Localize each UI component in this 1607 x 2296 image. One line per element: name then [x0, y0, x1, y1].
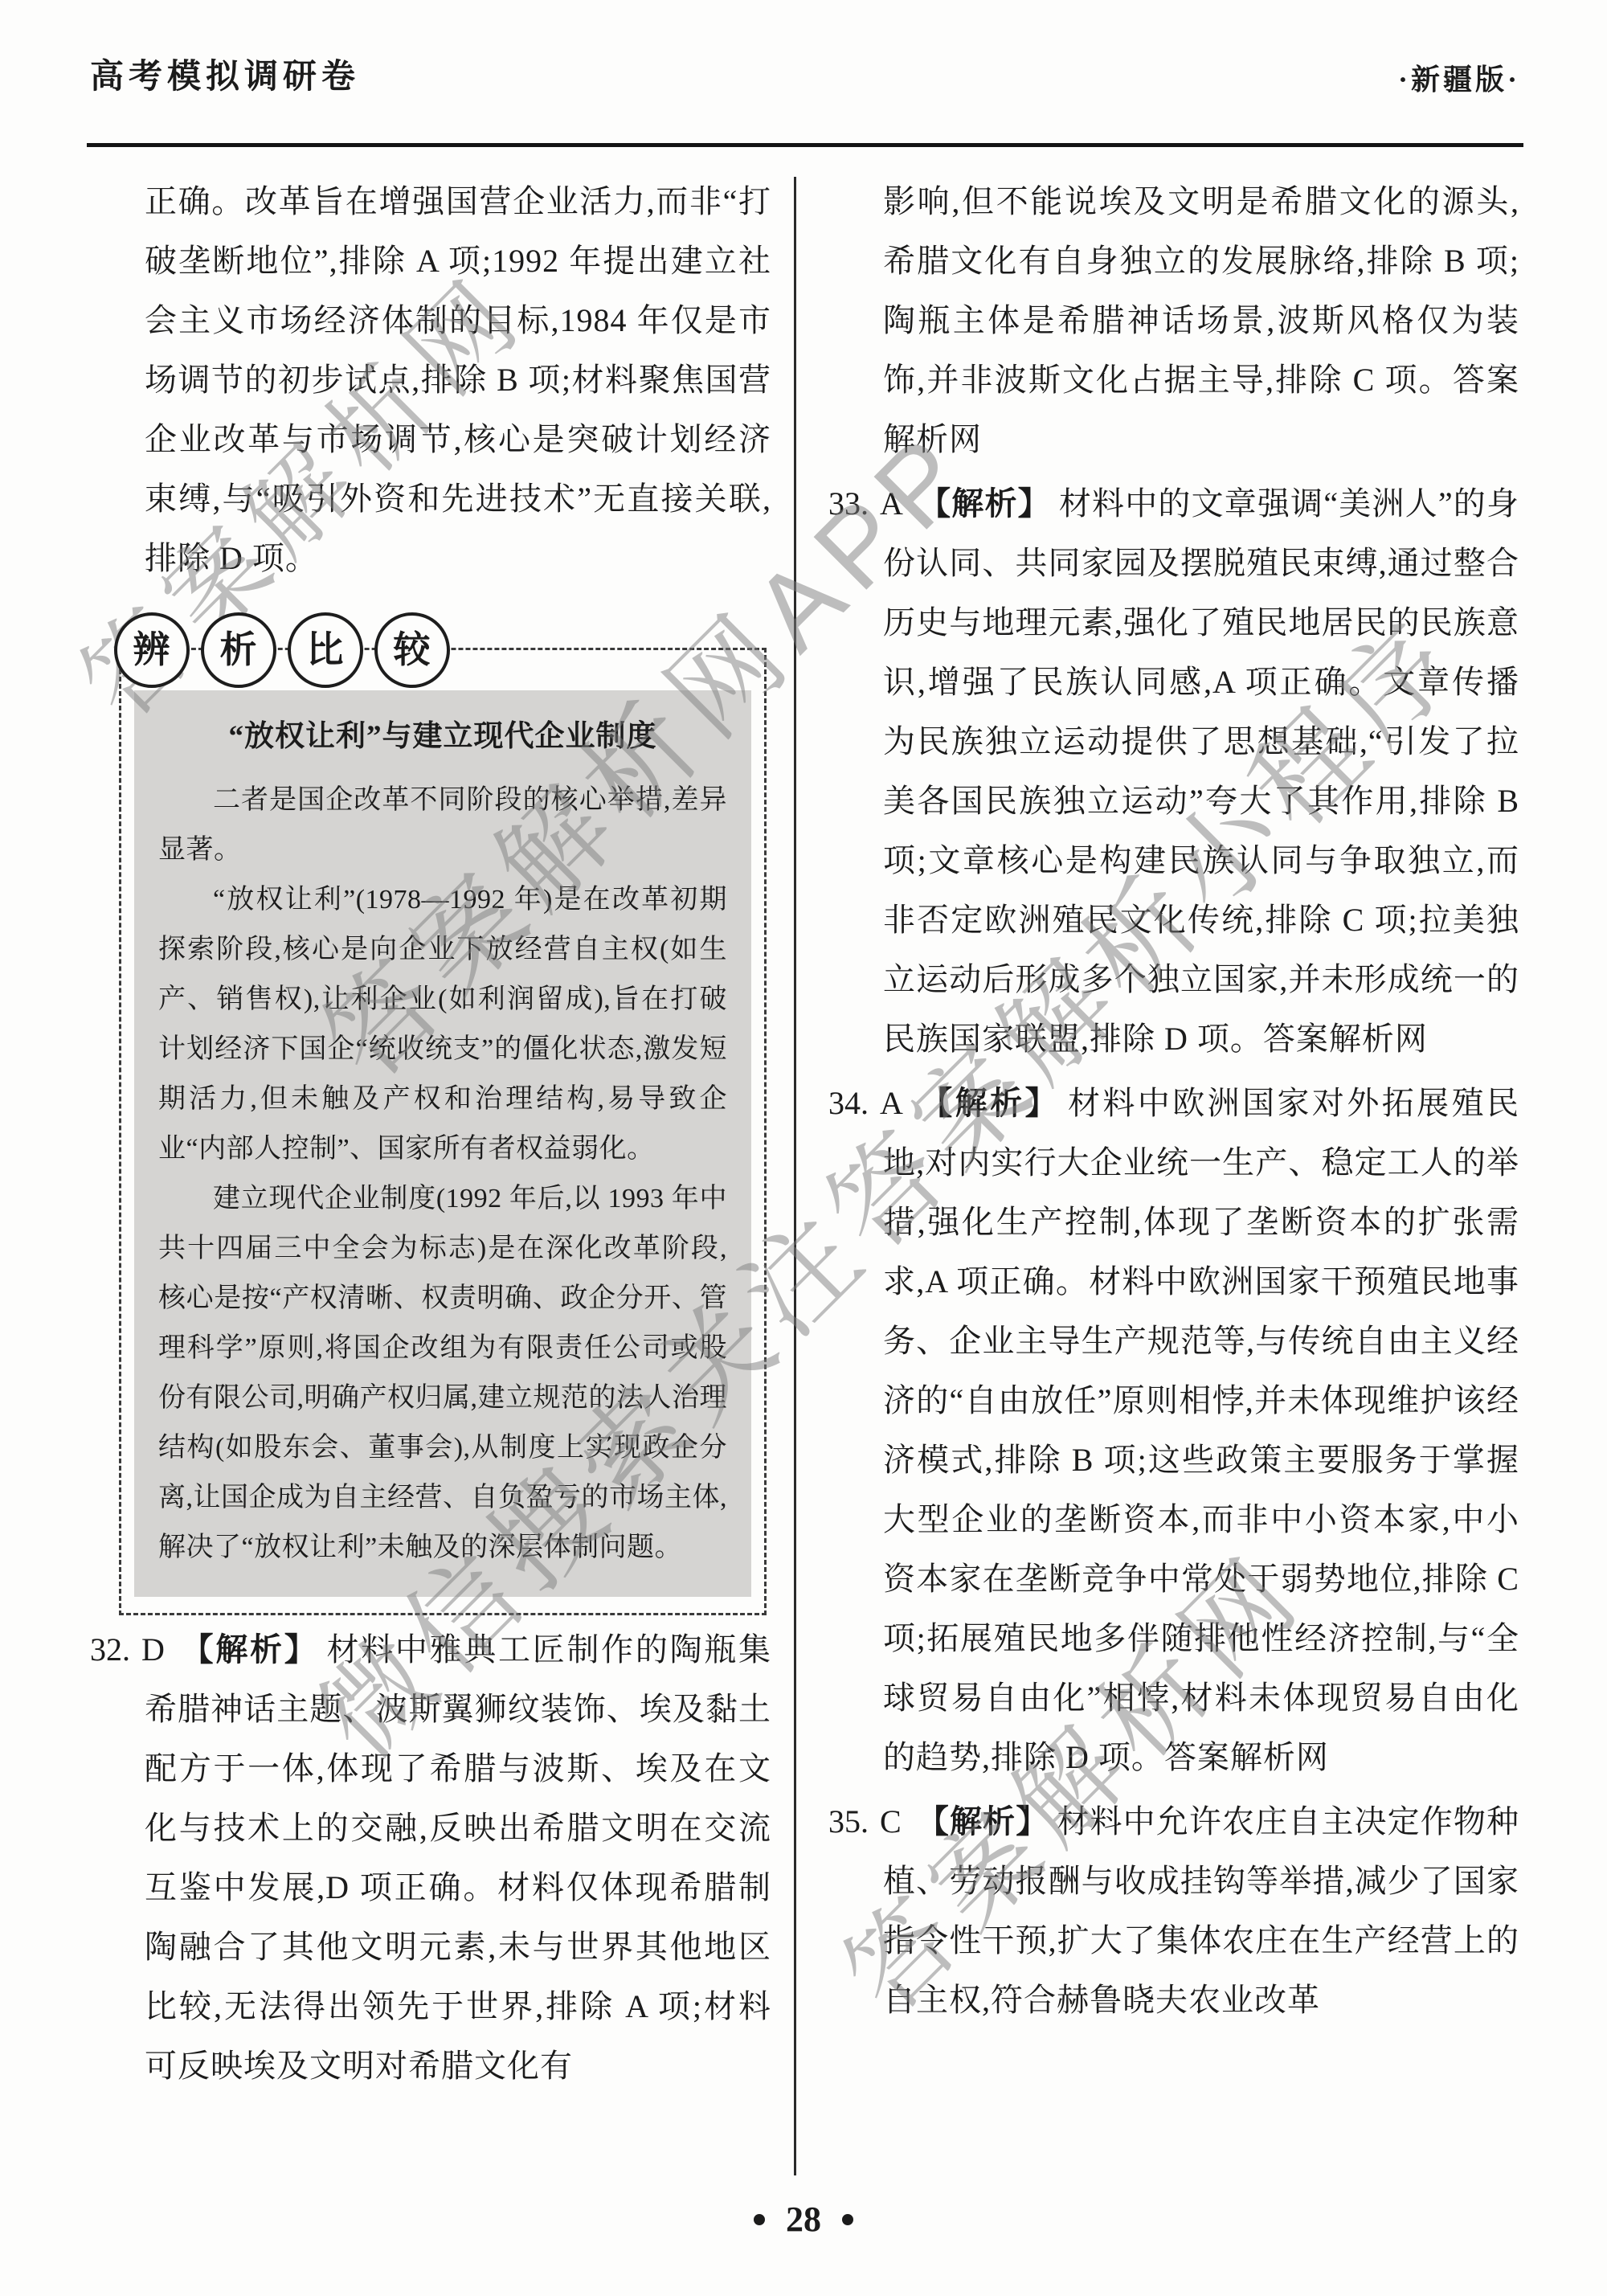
page-footer: 28	[0, 2199, 1607, 2240]
item-number: 35.	[828, 1803, 869, 1840]
footer-dot-left	[754, 2214, 765, 2225]
footer-dot-right	[842, 2214, 853, 2225]
answer-item-33: 33.A【解析】材料中的文章强调“美洲人”的身份认同、共同家园及摆脱殖民束缚,通…	[828, 474, 1519, 1069]
page-title: 高考模拟调研卷	[90, 50, 360, 98]
header-rule	[87, 143, 1523, 147]
item-text: 材料中欧洲国家对外拓展殖民地,对内实行大企业统一生产、稳定工人的举措,强化生产控…	[883, 1085, 1519, 1775]
two-column-body: 正确。改革旨在增强国营企业活力,而非“打破垄断地位”,排除 A 项;1992 年…	[90, 172, 1523, 2183]
page-number: 28	[786, 2199, 821, 2240]
item-number: 32.	[90, 1631, 130, 1668]
edition-label: ·新疆版·	[1398, 57, 1520, 98]
right-column: 影响,但不能说埃及文明是希腊文化的源头,希腊文化有自身独立的发展脉络,排除 B …	[796, 172, 1519, 2183]
item-text: 材料中的文章强调“美洲人”的身份认同、共同家园及摆脱殖民束缚,通过整合历史与地理…	[883, 485, 1519, 1057]
box-title: “放权让利”与建立现代企业制度	[158, 713, 727, 761]
item-number: 33.	[828, 485, 869, 522]
left-column: 正确。改革旨在增强国营企业活力,而非“打破垄断地位”,排除 A 项;1992 年…	[90, 172, 794, 2183]
continued-paragraph: 正确。改革旨在增强国营企业活力,而非“打破垄断地位”,排除 A 项;1992 年…	[90, 172, 771, 588]
badge-char-xi: 析	[201, 612, 276, 688]
analysis-tag: 【解析】	[180, 1631, 319, 1668]
badge-char-bian: 辨	[114, 612, 190, 688]
answer-item-35: 35.C【解析】材料中允许农庄自主决定作物种植、劳动报酬与收成挂钩等举措,减少了…	[828, 1792, 1519, 2030]
analysis-compare-badge: 辨 析 比 较	[90, 612, 771, 688]
box-paragraph: “放权让利”(1978—1992 年)是在改革初期探索阶段,核心是向企业下放经营…	[158, 875, 727, 1174]
comparison-box-panel: “放权让利”与建立现代企业制度 二者是国企改革不同阶段的核心举措,差异显著。 “…	[134, 690, 751, 1597]
item-answer: C	[880, 1803, 902, 1840]
page-header: 高考模拟调研卷 ·新疆版·	[90, 50, 1520, 98]
box-paragraph: 建立现代企业制度(1992 年后,以 1993 年中共十四届三中全会为标志)是在…	[158, 1174, 727, 1573]
answer-item-32: 32.D【解析】材料中雅典工匠制作的陶瓶集希腊神话主题、波斯翼狮纹装饰、埃及黏土…	[90, 1620, 771, 2096]
comparison-box: “放权让利”与建立现代企业制度 二者是国企改革不同阶段的核心举措,差异显著。 “…	[119, 648, 767, 1615]
item-text: 材料中雅典工匠制作的陶瓶集希腊神话主题、波斯翼狮纹装饰、埃及黏土配方于一体,体现…	[145, 1631, 771, 2084]
analysis-tag: 【解析】	[918, 485, 1051, 522]
exam-answer-page: 答案解析网 答案解析网APP 微信搜索关注答案解析小程序 答案解析网 高考模拟调…	[0, 0, 1607, 2296]
continued-paragraph: 影响,但不能说埃及文明是希腊文化的源头,希腊文化有自身独立的发展脉络,排除 B …	[828, 172, 1519, 469]
answer-item-34: 34.A【解析】材料中欧洲国家对外拓展殖民地,对内实行大企业统一生产、稳定工人的…	[828, 1074, 1519, 1787]
badge-char-bi: 比	[288, 612, 363, 688]
item-number: 34.	[828, 1085, 869, 1121]
analysis-tag: 【解析】	[918, 1085, 1060, 1121]
analysis-tag: 【解析】	[917, 1803, 1049, 1840]
item-answer: D	[141, 1631, 166, 1668]
item-answer: A	[880, 485, 904, 522]
box-paragraph: 二者是国企改革不同阶段的核心举措,差异显著。	[158, 776, 727, 875]
badge-char-jiao: 较	[374, 612, 450, 688]
item-answer: A	[880, 1085, 904, 1121]
